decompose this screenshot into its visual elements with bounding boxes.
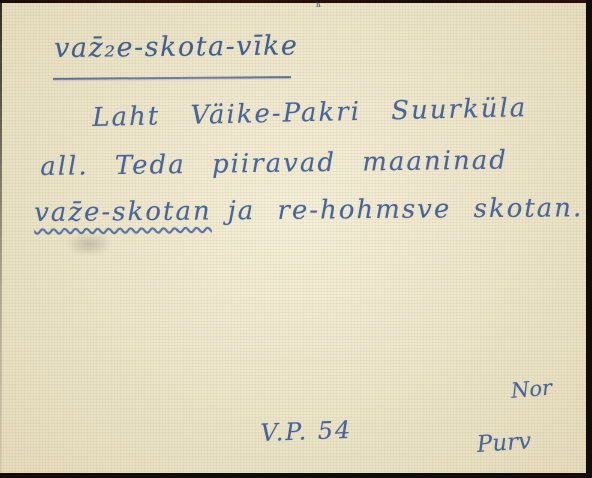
annotation-note-top: Nor — [510, 375, 553, 402]
card-title: vaz̄₂e-skota-vīke — [54, 30, 299, 64]
body-line-1: Laht Väike-Pakri Suurküla — [92, 93, 528, 133]
index-card: ʰ vaz̄₂e-skota-vīke Laht Väike-Pakri Suu… — [0, 0, 592, 478]
scan-edge-right — [586, 0, 592, 478]
paper-stain — [66, 232, 112, 256]
reference-code: V.P. 54 — [260, 416, 353, 447]
scan-edge-bottom — [0, 473, 592, 478]
underlined-term: vaz̄e-skotan — [34, 196, 212, 228]
body-line-3-rest: ja re-hohmsve skotan. — [228, 193, 584, 226]
body-line-3: vaz̄e-skotanja re-hohmsve skotan. — [34, 193, 583, 228]
scan-edge-left — [0, 0, 2, 478]
body-line-2: all. Teda piiravad maaninad — [40, 145, 508, 182]
ink-mark: ʰ — [316, 0, 321, 14]
annotation-note-bottom: Purv — [476, 428, 532, 458]
title-underline — [53, 76, 291, 80]
scan-edge-top — [0, 0, 592, 3]
